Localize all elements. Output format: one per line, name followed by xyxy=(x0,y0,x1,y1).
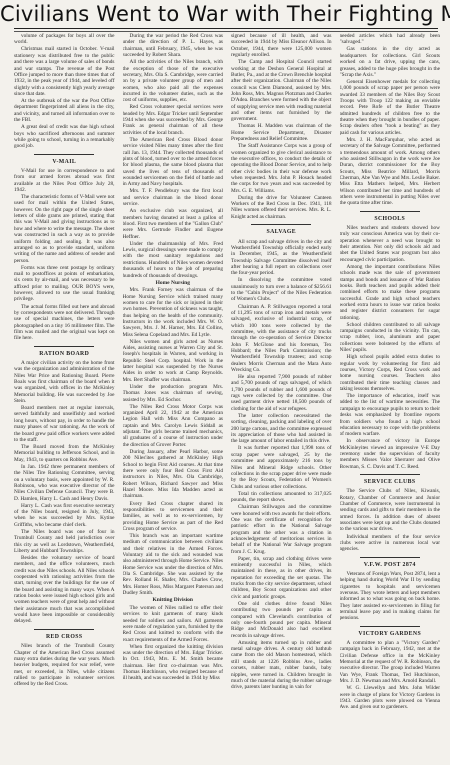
paragraph: An exclusive club was organized, all mem… xyxy=(123,208,224,240)
paragraph: High school pupils added extra duties to… xyxy=(340,354,441,392)
section-heading: SALVAGE xyxy=(231,229,332,235)
section-heading: RATION BOARD xyxy=(14,351,115,357)
paragraph: The actual forms filled out here and abr… xyxy=(14,304,115,342)
paragraph: The Niles board was one of four in Trumb… xyxy=(14,529,115,554)
paragraph: Amusing items turned up in rubber and me… xyxy=(231,640,332,691)
section-divider xyxy=(34,154,94,155)
paragraph: Niles teachers and students showed how t… xyxy=(340,225,441,263)
paragraph: The women of Niles rallied to offer thei… xyxy=(123,605,224,643)
column-4: needed articles which had already been "… xyxy=(340,33,441,763)
section-heading: VICTORY GARDENS xyxy=(340,631,441,637)
section-divider xyxy=(360,474,420,475)
paragraph: A committee to plan a "Victory Garden" c… xyxy=(340,640,441,684)
paragraph: School children contributed to all salva… xyxy=(340,322,441,354)
section-heading: V.F.W. POST 2874 xyxy=(340,562,441,568)
paragraph: All the activities of the Niles branch, … xyxy=(123,59,224,103)
paragraph: needed articles which had already been "… xyxy=(340,33,441,46)
paragraph: Under the chairmanship of Mrs. Fred Lewi… xyxy=(123,241,224,279)
paragraph: The latter collection necessitated the s… xyxy=(231,413,332,445)
paragraph: V-Mail for use in correspondence to and … xyxy=(14,168,115,193)
paragraph: Gas stations in the city acted as headqu… xyxy=(340,46,441,78)
section-divider xyxy=(34,629,94,630)
paragraph: It was further reported that 1,998 tons … xyxy=(231,445,332,489)
paragraph: Chairman Stillwagon and the committee we… xyxy=(231,504,332,555)
paragraph: Every Red Cross chapter shared its respo… xyxy=(123,501,224,533)
section-divider xyxy=(360,557,420,558)
paragraph: He also reported 7,900 pounds of rubber … xyxy=(231,374,332,412)
section-heading: V-MAIL xyxy=(14,159,115,165)
paragraph: During the war period the Red Cross was … xyxy=(123,33,224,58)
paragraph: The Camp and Hospital Council started wo… xyxy=(231,59,332,122)
paragraph: W. G. Llewellyn and Mrs. John Wilder wer… xyxy=(340,685,441,710)
headline: Civilians Went to War with Their Fightin… xyxy=(0,2,450,26)
paragraph: In dissolving the committee voted unanim… xyxy=(231,277,332,302)
paragraph: At the outbreak of the war the Post Offi… xyxy=(14,98,115,123)
paragraph: Thomas H. Madden was chairman of the Hom… xyxy=(231,123,332,142)
paragraph: All scrap and salvage drives in the city… xyxy=(231,239,332,277)
paragraph: Mrs. Frank Forney was chairman of the Ho… xyxy=(123,287,224,338)
paragraph: Mrs. T. F. Pendlebury was the first loca… xyxy=(123,188,224,207)
paragraph: Total tin collections amounted to 317,02… xyxy=(231,491,332,504)
paragraph: In Jan. 1942 three permanent members of … xyxy=(14,464,115,502)
subsection-heading: Home Nursing xyxy=(123,280,224,286)
paragraph: The importance of education, itself was … xyxy=(340,393,441,437)
section-heading: SERVICE CLUBS xyxy=(340,479,441,485)
paragraph: Christmas mail started in October. V-mai… xyxy=(14,46,115,97)
paragraph: General Eisenhower medals for collecting… xyxy=(340,79,441,136)
column-3: signed because of ill health, and was su… xyxy=(231,33,332,763)
headline-rule xyxy=(14,28,438,29)
article-columns: volume of packages for boys all over the… xyxy=(14,33,440,763)
paragraph: Niles women and girls acted as Nurses Ai… xyxy=(123,339,224,383)
paragraph: One old clothes drive found Niles contri… xyxy=(231,601,332,639)
paragraph: Individual members of the four service c… xyxy=(340,534,441,553)
section-heading: RED CROSS xyxy=(14,634,115,640)
column-1: volume of packages for boys all over the… xyxy=(14,33,115,763)
paragraph: The characteristic forms of V-Mail were … xyxy=(14,194,115,264)
paragraph: Paper, tin, scrap and clothing drives we… xyxy=(231,556,332,600)
paragraph: The Board moved from the McKinley Memori… xyxy=(14,444,115,463)
paragraph: Among the important contributions Niles … xyxy=(340,264,441,321)
paragraph: During the drive for Volunteer Canteen W… xyxy=(231,195,332,220)
paragraph: volume of packages for boys all over the… xyxy=(14,33,115,46)
paragraph: The Service Clubs of Niles, Kiwanis, Rot… xyxy=(340,488,441,532)
paragraph: Red Cross volunteer special services wer… xyxy=(123,104,224,136)
paragraph: Mrs. J. H. MacFarquhar, who acted as sec… xyxy=(340,137,441,207)
column-2: During the war period the Red Cross was … xyxy=(123,33,224,763)
paragraph: The Staff Assistance Corps was a group o… xyxy=(231,143,332,194)
paragraph: Board members met at regular intervals, … xyxy=(14,405,115,443)
headline-rule-thin xyxy=(14,31,438,32)
paragraph: This branch was an important wartime med… xyxy=(123,533,224,596)
paragraph: When first organized the knitting divisi… xyxy=(123,644,224,682)
paragraph: Chairman A. P. Stillwagon reported a tot… xyxy=(231,304,332,374)
paragraph: Under the production program Mrs. Thomas… xyxy=(123,384,224,403)
paragraph: A major civilian activity on the home fr… xyxy=(14,360,115,404)
paragraph: The Niles Red Cross Motor Corps was orga… xyxy=(123,404,224,448)
newspaper-page: Civilians Went to War with Their Fightin… xyxy=(0,0,450,765)
section-divider xyxy=(360,626,420,627)
paragraph: A great deal of credit was due high scho… xyxy=(14,124,115,149)
paragraph: Veterans of Foreign Wars, Post 2874, len… xyxy=(340,571,441,622)
subsection-heading: Knitting Division xyxy=(123,597,224,603)
paragraph: signed because of ill health, and was su… xyxy=(231,33,332,58)
section-divider xyxy=(360,211,420,212)
section-divider xyxy=(34,346,94,347)
paragraph: Besides the voluntary service of board m… xyxy=(14,555,115,625)
section-heading: SCHOOLS xyxy=(340,216,441,222)
paragraph: Forms was three cent postage by ordinary… xyxy=(14,265,115,303)
paragraph: The American Red Cross Blood donor servi… xyxy=(123,137,224,188)
paragraph: Harry L. Cash was first executive secret… xyxy=(14,503,115,528)
section-divider xyxy=(251,224,311,225)
paragraph: During January, after Pearl Harbor, some… xyxy=(123,449,224,500)
paragraph: Niles branch of the Trumbull County Chap… xyxy=(14,643,115,687)
paragraph: In observance of victory in Europe McKin… xyxy=(340,438,441,470)
